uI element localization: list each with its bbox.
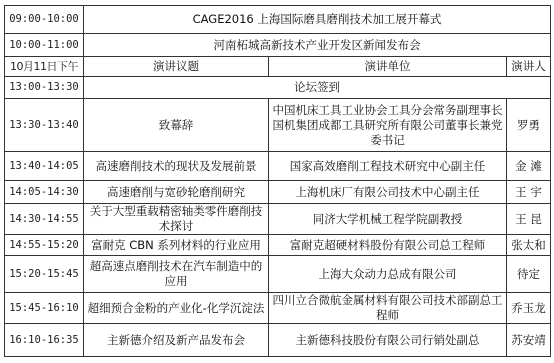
time-cell: 14:55-15:20	[5, 235, 84, 256]
unit-cell: 同济大学机械工程学院副教授	[269, 204, 507, 235]
time-cell: 15:45-16:10	[5, 293, 84, 324]
event-cell: 论坛签到	[84, 77, 551, 99]
time-cell: 15:20-15:45	[5, 256, 84, 293]
unit-cell: 上海机床厂有限公司技术中心副主任	[269, 181, 507, 204]
unit-cell: 国家高效磨削工程技术研究中心副主任	[269, 152, 507, 181]
unit-cell: 中国机床工具工业协会工具分会常务副理事长国机集团成都工具研究所有限公司董事长兼党…	[269, 99, 507, 152]
time-cell: 16:10-16:35	[5, 324, 84, 357]
header-row: 10月11日下午 演讲议题 演讲单位 演讲人	[5, 57, 551, 77]
topic-cell: 主新德介绍及新产品发布会	[84, 324, 269, 357]
speaker-cell: 罗勇	[507, 99, 551, 152]
topic-cell: 致幕辞	[84, 99, 269, 152]
topic-cell: 关于大型重载精密轴类零件磨削技术探讨	[84, 204, 269, 235]
topic-cell: 超高速点磨削技术在汽车制造中的应用	[84, 256, 269, 293]
table-row: 09:00-10:00 CAGE2016 上海国际磨具磨削技术加工展开幕式	[5, 6, 551, 34]
unit-cell: 上海大众动力总成有限公司	[269, 256, 507, 293]
table-row: 13:40-14:05 高速磨削技术的现状及发展前景 国家高效磨削工程技术研究中…	[5, 152, 551, 181]
time-cell: 10:00-11:00	[5, 34, 84, 57]
topic-cell: 高速磨削技术的现状及发展前景	[84, 152, 269, 181]
time-cell: 13:40-14:05	[5, 152, 84, 181]
time-cell: 13:00-13:30	[5, 77, 84, 99]
header-speaker: 演讲人	[507, 57, 551, 77]
table-row: 16:10-16:35 主新德介绍及新产品发布会 主新德科技股份有限公司行销处副…	[5, 324, 551, 357]
time-cell: 14:30-14:55	[5, 204, 84, 235]
table-row: 10:00-11:00 河南柘城高新技术产业开发区新闻发布会	[5, 34, 551, 57]
table-row: 14:30-14:55 关于大型重载精密轴类零件磨削技术探讨 同济大学机械工程学…	[5, 204, 551, 235]
speaker-cell: 王 昆	[507, 204, 551, 235]
topic-cell: 高速磨削与宽砂轮磨削研究	[84, 181, 269, 204]
time-cell: 09:00-10:00	[5, 6, 84, 34]
speaker-cell: 王 宇	[507, 181, 551, 204]
unit-cell: 四川立合微航金属材料有限公司技术部副总工程师	[269, 293, 507, 324]
table-row: 15:20-15:45 超高速点磨削技术在汽车制造中的应用 上海大众动力总成有限…	[5, 256, 551, 293]
table-row: 14:05-14:30 高速磨削与宽砂轮磨削研究 上海机床厂有限公司技术中心副主…	[5, 181, 551, 204]
speaker-cell: 待定	[507, 256, 551, 293]
unit-cell: 富耐克超硬材料股份有限公司总工程师	[269, 235, 507, 256]
event-cell: CAGE2016 上海国际磨具磨削技术加工展开幕式	[84, 6, 551, 34]
table-row: 13:00-13:30 论坛签到	[5, 77, 551, 99]
header-date: 10月11日下午	[5, 57, 84, 77]
header-topic: 演讲议题	[84, 57, 269, 77]
topic-cell: 超细预合金粉的产业化-化学沉淀法	[84, 293, 269, 324]
speaker-cell: 苏安靖	[507, 324, 551, 357]
time-cell: 14:05-14:30	[5, 181, 84, 204]
speaker-cell: 张太和	[507, 235, 551, 256]
table-row: 14:55-15:20 富耐克 CBN 系列材料的行业应用 富耐克超硬材料股份有…	[5, 235, 551, 256]
speaker-cell: 金 滩	[507, 152, 551, 181]
schedule-table: 09:00-10:00 CAGE2016 上海国际磨具磨削技术加工展开幕式 10…	[4, 5, 551, 357]
table-row: 13:30-13:40 致幕辞 中国机床工具工业协会工具分会常务副理事长国机集团…	[5, 99, 551, 152]
unit-cell: 主新德科技股份有限公司行销处副总	[269, 324, 507, 357]
time-cell: 13:30-13:40	[5, 99, 84, 152]
speaker-cell: 乔玉龙	[507, 293, 551, 324]
table-row: 15:45-16:10 超细预合金粉的产业化-化学沉淀法 四川立合微航金属材料有…	[5, 293, 551, 324]
header-unit: 演讲单位	[269, 57, 507, 77]
topic-cell: 富耐克 CBN 系列材料的行业应用	[84, 235, 269, 256]
event-cell: 河南柘城高新技术产业开发区新闻发布会	[84, 34, 551, 57]
